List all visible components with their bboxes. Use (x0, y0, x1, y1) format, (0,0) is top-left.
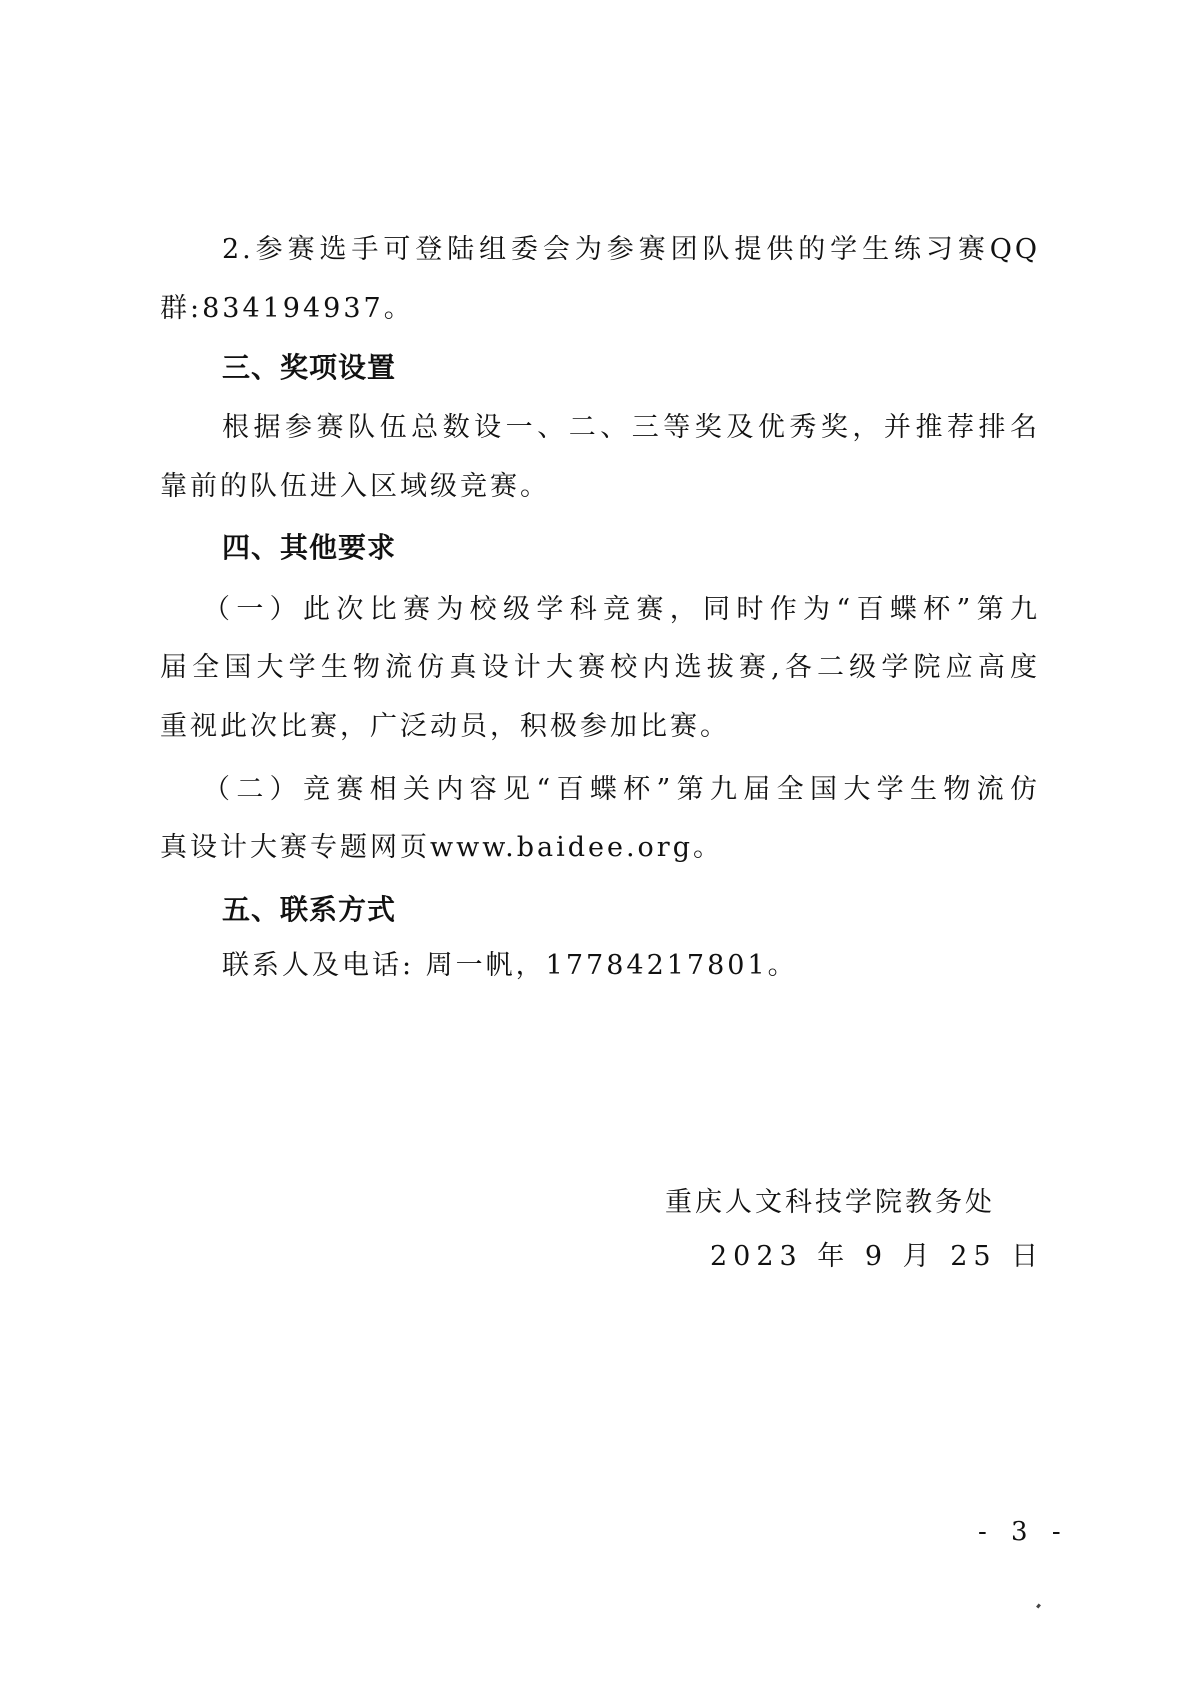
contact-line: 联系人及电话: 周一帆，17784217801。 (222, 948, 798, 984)
paragraph-line: 届全国大学生物流仿真设计大赛校内选拔赛,各二级学院应高度 (160, 650, 1040, 686)
section-heading-awards: 三、奖项设置 (222, 350, 396, 386)
signature-organization: 重庆人文科技学院教务处 (665, 1185, 995, 1221)
signature-date: 2023 年 9 月 25 日 (710, 1239, 1044, 1275)
paragraph-line: 靠前的队伍进入区域级竞赛。 (160, 469, 550, 505)
paragraph-line: 真设计大赛专题网页www.baidee.org。 (160, 830, 723, 866)
section-heading-contact: 五、联系方式 (222, 892, 396, 928)
paragraph-line: （一）此次比赛为校级学科竞赛，同时作为“百蝶杯”第九 (203, 592, 1040, 628)
paragraph-line: （二）竞赛相关内容见“百蝶杯”第九届全国大学生物流仿 (203, 772, 1040, 808)
paragraph-line: 重视此次比赛，广泛动员，积极参加比赛。 (160, 709, 730, 745)
page-number: - 3 - (978, 1514, 1069, 1550)
stray-mark (1036, 1604, 1041, 1609)
paragraph-line: 群:834194937。 (160, 291, 414, 327)
paragraph-line: 根据参赛队伍总数设一、二、三等奖及优秀奖，并推荐排名 (222, 410, 1040, 446)
paragraph-line: 2.参赛选手可登陆组委会为参赛团队提供的学生练习赛QQ (222, 232, 1040, 268)
section-heading-other-requirements: 四、其他要求 (222, 530, 396, 566)
